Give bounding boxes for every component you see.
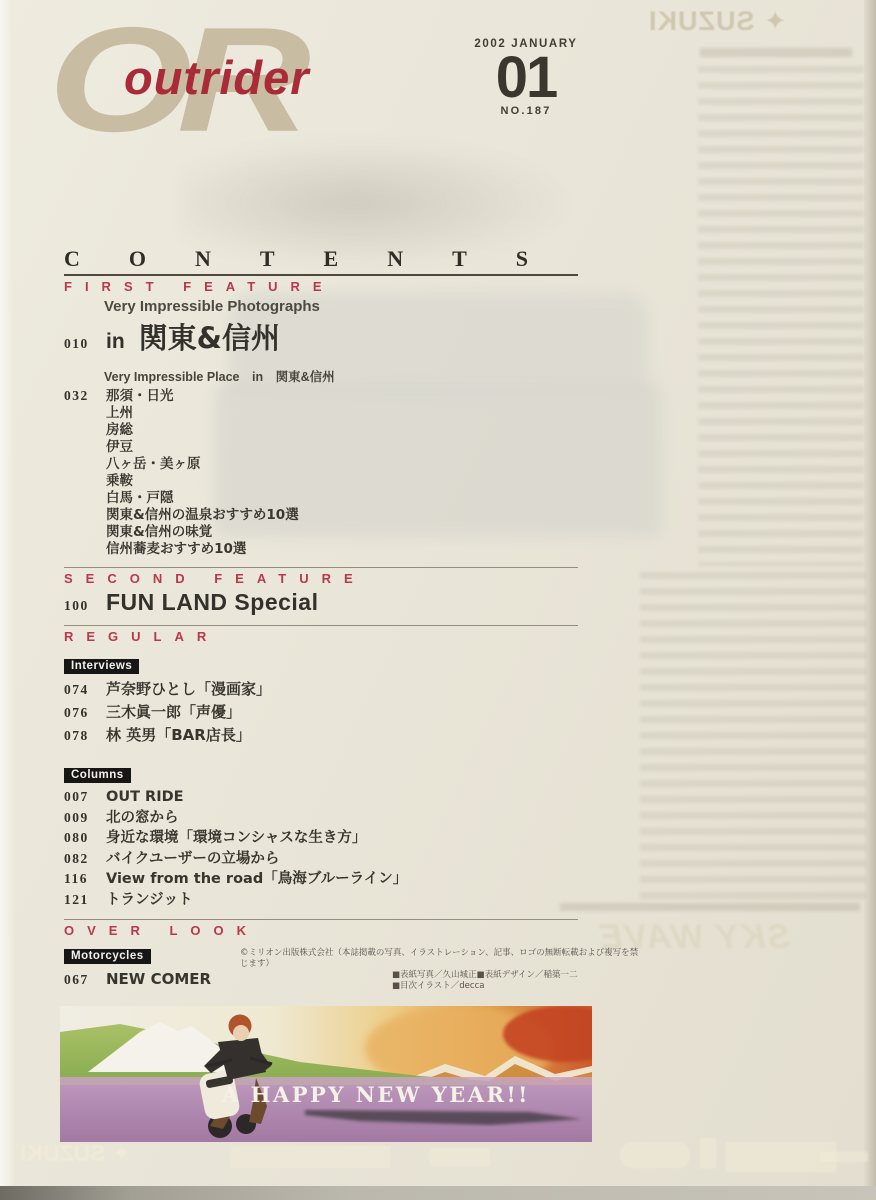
- section-divider: [64, 919, 578, 920]
- showthrough-line: [560, 903, 860, 911]
- feature-title-prefix: in: [106, 330, 125, 354]
- section-label-regular: REGULAR: [64, 629, 578, 644]
- issue-no: NO.187: [466, 105, 586, 117]
- page-number: 100: [64, 598, 106, 614]
- section-divider: [64, 625, 578, 626]
- showthrough-text-column: [640, 572, 866, 902]
- toc-item: 白馬・戸隠: [64, 490, 578, 507]
- toc-item: 上州: [64, 405, 578, 422]
- rider-face: [233, 1025, 249, 1041]
- photo-background-bottom: [0, 1186, 876, 1200]
- showthrough-suzuki-text: SUZUKI: [648, 6, 755, 36]
- toc-item-title: 信州蕎麦おすすめ10選: [106, 541, 246, 558]
- colophon: ©ミリオン出版株式会社（本誌掲載の写真、イラストレーション、記事、ロゴの無断転載…: [240, 948, 644, 992]
- toc-item-title: バイクユーザーの立場から: [106, 850, 279, 870]
- toc-item: 房総: [64, 422, 578, 439]
- page-number: 032: [64, 387, 106, 404]
- toc-item: 074芦奈野ひとし「漫画家」: [64, 678, 578, 701]
- toc-item: 関東&信州の味覚: [64, 524, 578, 541]
- toc-item-title: View from the road「鳥海ブルーライン」: [106, 870, 407, 890]
- toc-item-title: 関東&信州の温泉おすすめ10選: [106, 507, 299, 524]
- category-badge-motorcycles: Motorcycles: [64, 949, 151, 964]
- feature-subheader: Very Impressible Place in 関東&信州: [104, 367, 578, 385]
- toc-item-title: 上州: [106, 405, 133, 422]
- showthrough-suzuki-bottom: ✦ SUZUKI: [20, 1140, 131, 1167]
- toc-item-title: 北の窓から: [106, 809, 179, 829]
- toc-item-title: 林 英男「BAR店長」: [106, 724, 251, 746]
- showthrough-logo: [820, 1152, 868, 1162]
- page-number: 116: [64, 869, 106, 889]
- section-divider: [64, 567, 578, 568]
- showthrough-suzuki-text: SUZUKI: [20, 1140, 106, 1166]
- showthrough-suzuki-top: ✦ SUZUKI: [648, 6, 787, 37]
- page-number: 010: [64, 336, 106, 352]
- toc-item: 076三木眞一郎「声優」: [64, 701, 578, 724]
- toc-item-title: OUT RIDE: [106, 788, 184, 808]
- toc-item: 009北の窓から: [64, 808, 578, 829]
- toc-item: 121トランジット: [64, 890, 578, 911]
- magazine-contents-page: { "header": { "logo_main": "OR", "logo_s…: [0, 0, 876, 1200]
- credit-line: ■目次イラスト／decca: [392, 981, 644, 992]
- toc-item: 032 那須・日光: [64, 387, 578, 405]
- feature-title: 関東&信州: [139, 316, 280, 357]
- page-number: 007: [64, 787, 106, 807]
- toc-item: 乗鞍: [64, 473, 578, 490]
- page-number: 074: [64, 679, 106, 701]
- toc-item: 116View from the road「鳥海ブルーライン」: [64, 869, 578, 890]
- issue-block: 2002 JANUARY 01 NO.187: [466, 38, 586, 117]
- page-number: 078: [64, 725, 106, 747]
- showthrough-logo: [700, 1138, 716, 1168]
- page-number: 080: [64, 828, 106, 848]
- new-year-banner: A HAPPY NEW YEAR!!: [60, 1006, 592, 1142]
- toc-item-title: 八ヶ岳・美ヶ原: [106, 456, 201, 473]
- showthrough-text-column: [698, 66, 864, 566]
- page-title: CONTENTS: [64, 246, 578, 276]
- toc-item-title: NEW COMER: [106, 968, 211, 990]
- banner-greeting: A HAPPY NEW YEAR!!: [221, 1082, 530, 1107]
- toc-item-title: 伊豆: [106, 439, 133, 456]
- section-label-overlook: OVER LOOK: [64, 923, 578, 938]
- section-label-second-feature: SECOND FEATURE: [64, 571, 578, 586]
- toc-item-title: 三木眞一郎「声優」: [106, 701, 241, 723]
- toc-item-title: 関東&信州の味覚: [106, 524, 212, 541]
- suzuki-mark-icon: ✦: [763, 6, 787, 36]
- toc-item-title: 房総: [106, 422, 133, 439]
- toc-item-title: 身近な環境「環境コンシャスな生き方」: [106, 829, 366, 849]
- page-edge-left: [0, 0, 14, 1200]
- toc-item: 伊豆: [64, 439, 578, 456]
- toc-item: 関東&信州の温泉おすすめ10選: [64, 507, 578, 524]
- toc-item-title: 那須・日光: [106, 388, 174, 405]
- toc-item: 078林 英男「BAR店長」: [64, 724, 578, 747]
- page-number: 067: [64, 969, 106, 991]
- showthrough-logo: [430, 1148, 490, 1166]
- category-badge-columns: Columns: [64, 768, 131, 783]
- toc-item: 八ヶ岳・美ヶ原: [64, 456, 578, 473]
- page-number: 082: [64, 849, 106, 869]
- toc-item: 007OUT RIDE: [64, 787, 578, 808]
- page-number: 009: [64, 808, 106, 828]
- toc-item: 082バイクユーザーの立場から: [64, 849, 578, 870]
- showthrough-line: [700, 48, 852, 57]
- toc-item-title: 白馬・戸隠: [106, 490, 174, 507]
- showthrough-logo: [230, 1146, 390, 1168]
- toc-item-title: FUN LAND Special: [106, 589, 318, 616]
- page-number: 076: [64, 702, 106, 724]
- feature-headline: 010 in 関東&信州: [64, 316, 578, 357]
- suzuki-mark-icon: ✦: [112, 1140, 131, 1166]
- issue-number: 01: [466, 50, 586, 105]
- section-label-first-feature: FIRST FEATURE: [64, 279, 578, 294]
- toc-item-title: トランジット: [106, 891, 193, 911]
- credit-line: ■表紙写真／久山城正■表紙デザイン／稲築一二: [392, 970, 644, 981]
- toc-item: 080身近な環境「環境コンシャスな生き方」: [64, 828, 578, 849]
- copyright-line: ©ミリオン出版株式会社（本誌掲載の写真、イラストレーション、記事、ロゴの無断転載…: [240, 948, 644, 970]
- toc-item-title: 乗鞍: [106, 473, 133, 490]
- magazine-logo-wordmark: outrider: [124, 50, 310, 105]
- category-badge-interviews: Interviews: [64, 659, 139, 674]
- toc-item-title: 芦奈野ひとし「漫画家」: [106, 678, 271, 700]
- feature-kicker: Very Impressible Photographs: [104, 298, 578, 315]
- showthrough-logo: [620, 1142, 690, 1168]
- toc-item: 100 FUN LAND Special: [64, 589, 578, 616]
- toc-item: 信州蕎麦おすすめ10選: [64, 541, 578, 558]
- page-number: 121: [64, 890, 106, 910]
